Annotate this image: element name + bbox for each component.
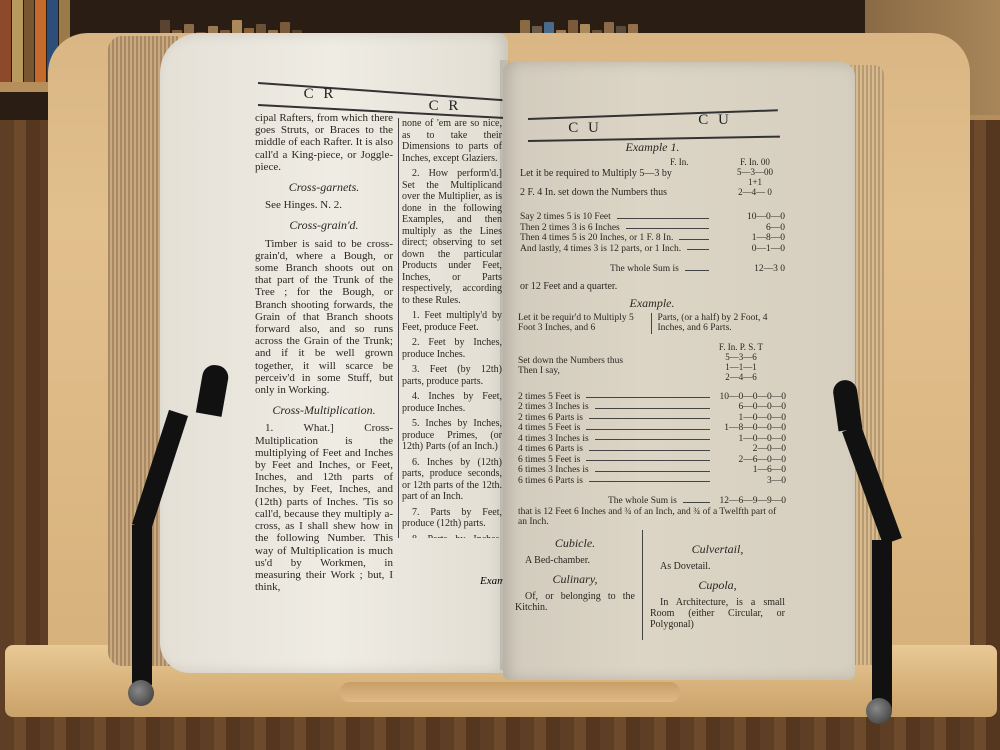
calc-row: Say 2 times 5 is 10 Feet10—0—0 — [520, 212, 785, 223]
sum-row: The whole Sum is12—3 0 — [520, 264, 785, 275]
entry-heading: Cupola, — [650, 580, 785, 591]
column-rule — [398, 118, 399, 538]
column-rule — [642, 530, 643, 640]
entry-heading: Cross-Multiplication. — [255, 404, 393, 416]
sum-row: The whole Sum is12—6—9—9—0 — [518, 496, 786, 507]
screw-icon — [128, 680, 154, 706]
setup-block: F. In. 00 5—3—00 1+1 2—4— 0 — [725, 157, 785, 198]
setup-block: F. In. P. S. T 5—3—6 1—1—1 2—4—6 — [696, 342, 786, 382]
photo-scene: C R C R cipal Rafters, from which there … — [0, 0, 1000, 750]
entry-heading: Cross-garnets. — [255, 181, 393, 193]
page-clip-left-stem — [132, 525, 152, 685]
running-head: C R — [300, 86, 340, 103]
calc-row: 6 times 3 Inches is1—6—0 — [518, 465, 786, 476]
calc-row: Then 2 times 3 is 6 Inches6—0 — [520, 223, 785, 234]
calc-row: 2 times 6 Parts is1—0—0—0 — [518, 413, 786, 424]
running-head: C U — [695, 112, 735, 129]
entries-right: Culvertail, As Dovetail. Cupola, In Arch… — [650, 536, 785, 634]
example-1: Example 1. F. In. Let it be required to … — [520, 142, 785, 292]
example-2: Example. Let it be requir'd to Multiply … — [518, 298, 786, 528]
calc-row: 4 times 5 Feet is1—8—0—0—0 — [518, 423, 786, 434]
book-stand-slot — [340, 682, 680, 702]
left-column: cipal Rafters, from which there goes Str… — [255, 112, 393, 597]
calc-row: 6 times 6 Parts is3—0 — [518, 476, 786, 487]
entry-heading: Cross-grain'd. — [255, 219, 393, 231]
page-clip-right-stem — [872, 540, 892, 710]
right-column: none of 'em are so nice, as to take thei… — [402, 118, 502, 538]
calc-row: And lastly, 4 times 3 is 12 parts, or 1 … — [520, 244, 785, 255]
calc-row: 6 times 5 Feet is2—6—0—0 — [518, 455, 786, 466]
calc-row: 4 times 6 Parts is2—0—0 — [518, 444, 786, 455]
calc-row: 2 times 3 Inches is6—0—0—0 — [518, 402, 786, 413]
example-title: Example. — [518, 298, 786, 309]
calc-row: 4 times 3 Inches is1—0—0—0 — [518, 434, 786, 445]
entry-heading: Culinary, — [515, 574, 635, 585]
calc-row: Then 4 times 5 is 20 Inches, or 1 F. 8 I… — [520, 233, 785, 244]
example-title: Example 1. — [520, 142, 785, 153]
entry-heading: Culvertail, — [650, 544, 785, 555]
running-head: C U — [565, 120, 605, 137]
screw-icon — [866, 698, 892, 724]
entry-heading: Cubicle. — [515, 538, 635, 549]
entries-left: Cubicle. A Bed-chamber. Culinary, Of, or… — [515, 530, 635, 617]
calc-row: 2 times 5 Feet is10—0—0—0—0 — [518, 392, 786, 403]
